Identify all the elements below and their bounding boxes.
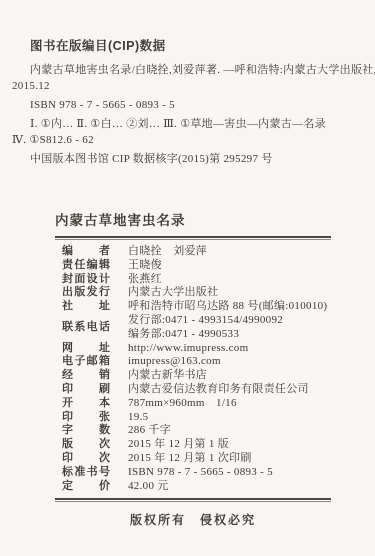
cip-line: ISBN 978 - 7 - 5665 - 0893 - 5: [12, 97, 363, 113]
row-value: 编务部:0471 - 4990533: [128, 328, 283, 342]
row-value: imupress@163.com: [128, 355, 221, 369]
row-label: 印张: [62, 411, 110, 425]
table-row: 经销内蒙古新华书店: [62, 369, 363, 383]
row-values: 787mm×960mm 1/16: [128, 397, 237, 411]
row-values: ISBN 978 - 7 - 5665 - 0893 - 5: [128, 466, 273, 480]
table-row: 联系电话发行部:0471 - 4993154/4990092编务部:0471 -…: [62, 314, 363, 342]
table-row: 版次2015 年 12 月第 1 版: [62, 438, 363, 452]
row-label: 字数: [62, 424, 110, 438]
cip-line: 中国版本图书馆 CIP 数据核字(2015)第 295297 号: [12, 151, 363, 167]
row-values: 内蒙古新华书店: [128, 369, 207, 383]
row-value: 42.00 元: [128, 480, 169, 494]
row-values: 286 千字: [128, 424, 171, 438]
row-value: 王晓俊: [128, 259, 162, 273]
row-value: 白晓拴 刘爱萍: [128, 245, 207, 259]
row-values: 2015 年 12 月第 1 次印刷: [128, 452, 252, 466]
row-values: 2015 年 12 月第 1 版: [128, 438, 229, 452]
row-value: 内蒙古大学出版社: [128, 286, 218, 300]
table-row: 字数286 千字: [62, 424, 363, 438]
row-values: 42.00 元: [128, 480, 169, 494]
row-value: 张燕红: [128, 273, 162, 287]
row-label: 印刷: [62, 383, 110, 397]
row-value: 2015 年 12 月第 1 次印刷: [128, 452, 252, 466]
row-values: imupress@163.com: [128, 355, 221, 369]
row-values: 王晓俊: [128, 259, 162, 273]
cip-line: Ⅰ. ①内… Ⅱ. ①白… ②刘… Ⅲ. ①草地—害虫—内蒙古—名录: [12, 116, 363, 132]
row-label: 联系电话: [62, 321, 110, 335]
table-row: 封面设计张燕红: [62, 273, 363, 287]
row-label: 定价: [62, 480, 110, 494]
cip-line: Ⅳ. ①S812.6 - 62: [12, 132, 363, 148]
cip-line: 内蒙古草地害虫名录/白晓拴,刘爱萍著. —呼和浩特:内蒙古大学出版社,: [12, 62, 363, 78]
cip-heading: 图书在版编目(CIP)数据: [30, 36, 363, 54]
table-row: 开本787mm×960mm 1/16: [62, 397, 363, 411]
row-label: 编者: [62, 245, 110, 259]
row-label: 印次: [62, 452, 110, 466]
row-value: 呼和浩特市昭乌达路 88 号(邮编:010010): [128, 300, 327, 314]
row-values: 发行部:0471 - 4993154/4990092编务部:0471 - 499…: [128, 314, 283, 342]
book-title: 内蒙古草地害虫名录: [55, 209, 363, 229]
cip-section: 图书在版编目(CIP)数据 内蒙古草地害虫名录/白晓拴,刘爱萍著. —呼和浩特:…: [12, 36, 363, 167]
row-label: 网址: [62, 342, 110, 356]
row-values: 白晓拴 刘爱萍: [128, 245, 207, 259]
table-row: 印刷内蒙古爱信达教育印务有限责任公司: [62, 383, 363, 397]
row-value: ISBN 978 - 7 - 5665 - 0893 - 5: [128, 466, 273, 480]
table-row: 电子邮箱imupress@163.com: [62, 355, 363, 369]
row-label: 责任编辑: [62, 259, 110, 273]
table-row: 网址http://www.imupress.com: [62, 342, 363, 356]
row-values: 内蒙古大学出版社: [128, 286, 218, 300]
row-label: 版次: [62, 438, 110, 452]
cip-line: 2015.12: [12, 78, 363, 94]
row-value: 发行部:0471 - 4993154/4990092: [128, 314, 283, 328]
cip-block: 内蒙古草地害虫名录/白晓拴,刘爱萍著. —呼和浩特:内蒙古大学出版社,2015.…: [12, 62, 363, 167]
row-label: 电子邮箱: [62, 355, 110, 369]
row-values: 张燕红: [128, 273, 162, 287]
row-values: 呼和浩特市昭乌达路 88 号(邮编:010010): [128, 300, 327, 314]
table-row: 印次2015 年 12 月第 1 次印刷: [62, 452, 363, 466]
row-value: 内蒙古新华书店: [128, 369, 207, 383]
row-value: http://www.imupress.com: [128, 342, 248, 356]
table-row: 出版发行内蒙古大学出版社: [62, 286, 363, 300]
row-label: 社址: [62, 300, 110, 314]
table-row: 标准书号ISBN 978 - 7 - 5665 - 0893 - 5: [62, 466, 363, 480]
row-value: 286 千字: [128, 424, 171, 438]
colophon-section: 内蒙古草地害虫名录 编者白晓拴 刘爱萍责任编辑王晓俊封面设计张燕红出版发行内蒙古…: [12, 209, 363, 528]
row-values: 内蒙古爱信达教育印务有限责任公司: [128, 383, 309, 397]
table-row: 社址呼和浩特市昭乌达路 88 号(邮编:010010): [62, 300, 363, 314]
row-label: 经销: [62, 369, 110, 383]
table-row: 责任编辑王晓俊: [62, 259, 363, 273]
row-values: 19.5: [128, 411, 148, 425]
row-value: 2015 年 12 月第 1 版: [128, 438, 229, 452]
row-label: 出版发行: [62, 286, 110, 300]
row-value: 内蒙古爱信达教育印务有限责任公司: [128, 383, 309, 397]
row-value: 787mm×960mm 1/16: [128, 397, 237, 411]
table-row: 编者白晓拴 刘爱萍: [62, 245, 363, 259]
row-label: 标准书号: [62, 466, 110, 480]
table-row: 定价42.00 元: [62, 480, 363, 494]
copyright-notice: 版权所有 侵权必究: [55, 511, 331, 528]
top-rule: [55, 236, 331, 240]
row-value: 19.5: [128, 411, 148, 425]
row-values: http://www.imupress.com: [128, 342, 248, 356]
copyright-page: 图书在版编目(CIP)数据 内蒙古草地害虫名录/白晓拴,刘爱萍著. —呼和浩特:…: [0, 0, 375, 556]
bottom-rule: [55, 498, 331, 502]
colophon-table: 编者白晓拴 刘爱萍责任编辑王晓俊封面设计张燕红出版发行内蒙古大学出版社社址呼和浩…: [62, 245, 363, 493]
table-row: 印张19.5: [62, 411, 363, 425]
row-label: 开本: [62, 397, 110, 411]
row-label: 封面设计: [62, 273, 110, 287]
